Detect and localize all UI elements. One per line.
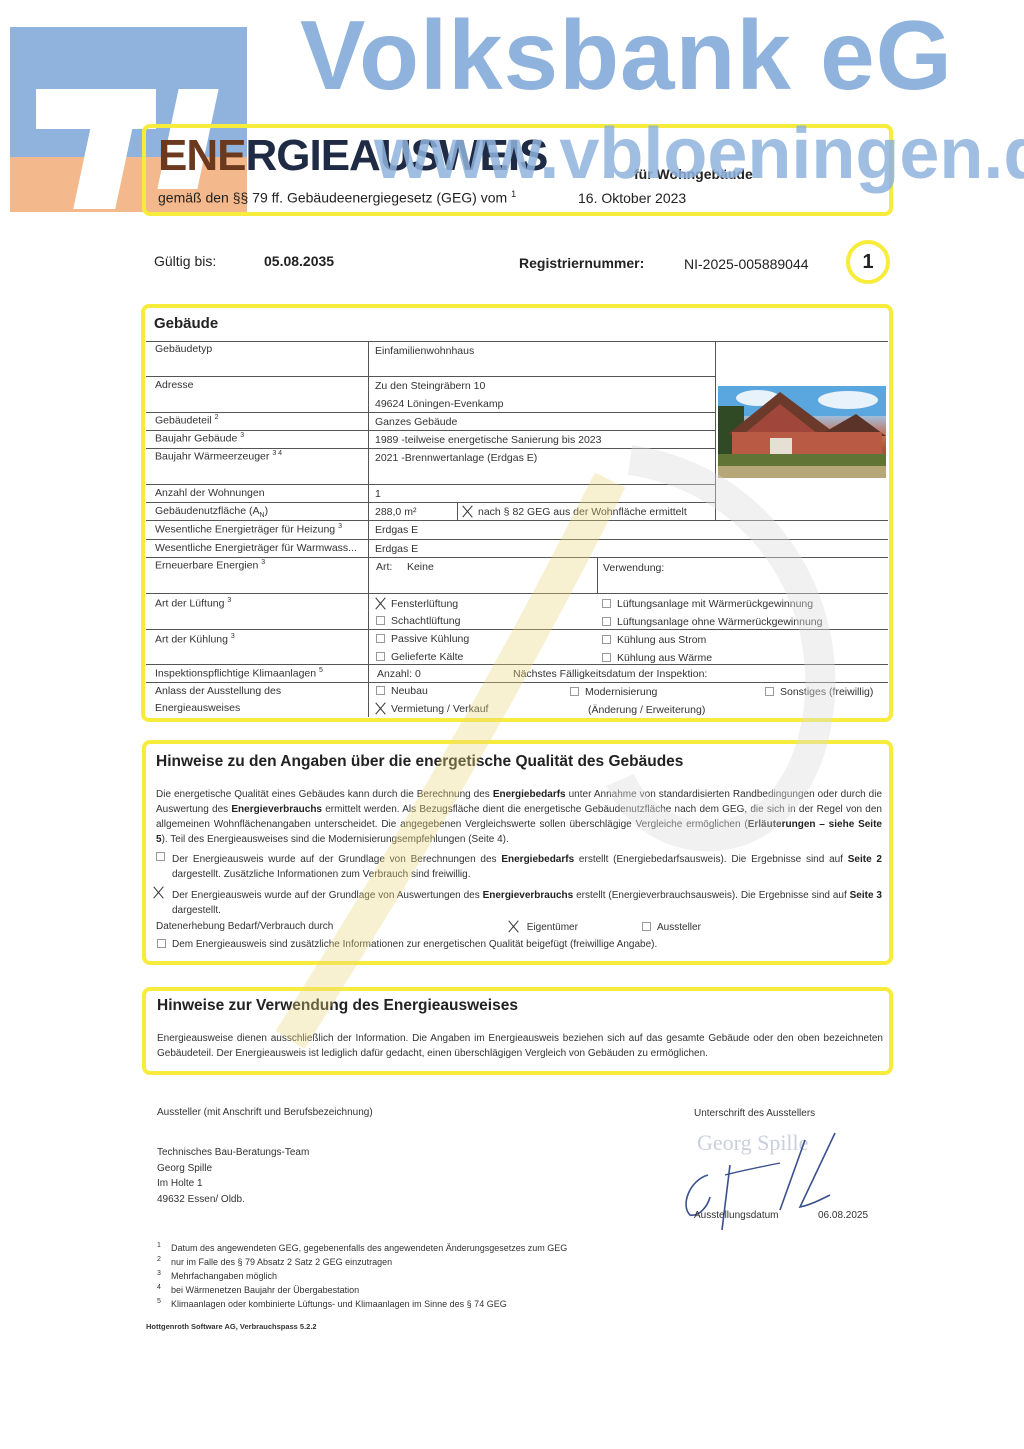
label-gebaeudetyp: Gebäudetyp: [155, 343, 212, 355]
value-nutzflaeche: 288,0 m²: [375, 506, 416, 518]
watermark-brand: Volksbank eG: [300, 6, 953, 104]
checkbox-empty-icon: [602, 635, 611, 644]
checkbox-checked-icon: [461, 505, 474, 518]
label-warmwasser: Wesentliche Energieträger für Warmwass..…: [155, 542, 357, 554]
registration-label: Registriernummer:: [519, 255, 644, 271]
registration-number: NI-2025-005889044: [684, 256, 809, 272]
footnote: 4bei Wärmenetzen Baujahr der Übergabesta…: [157, 1282, 567, 1296]
aussteller-option[interactable]: Aussteller: [642, 922, 701, 933]
label-nutzflaeche: Gebäudenutzfläche (AN): [155, 505, 268, 519]
software-credit: Hottgenroth Software AG, Verbrauchspass …: [146, 1322, 317, 1331]
value-adresse-line1: Zu den Steingräbern 10: [375, 380, 485, 392]
checkbox-checked-icon: [374, 702, 387, 715]
footnote: 3Mehrfachangaben möglich: [157, 1268, 567, 1282]
footnote: 1Datum des angewendeten GEG, gegebenenfa…: [157, 1240, 567, 1254]
label-lueftung: Art der Lüftung 3: [155, 597, 231, 610]
kuehlung-option[interactable]: Kühlung aus Strom: [602, 634, 706, 646]
anlass-option[interactable]: Vermietung / Verkauf: [374, 702, 488, 715]
valid-until-label: Gültig bis:: [154, 253, 216, 269]
kuehlung-option[interactable]: Kühlung aus Wärme: [602, 652, 712, 664]
hinweise-title: Hinweise zu den Angaben über die energet…: [156, 753, 683, 771]
label-gebaeudeteil: Gebäudeteil 2: [155, 414, 218, 427]
checkbox-empty-icon: [156, 852, 165, 861]
bedarf-text: Der Energieausweis wurde auf der Grundla…: [172, 852, 882, 882]
checkbox-empty-icon: [376, 616, 385, 625]
erneuerbar-art: Art: Keine: [376, 561, 434, 573]
value-warmwasser: Erdgas E: [375, 543, 418, 555]
nutzflaeche-option[interactable]: nach § 82 GEG aus der Wohnfläche ermitte…: [461, 505, 687, 518]
label-heizung: Wesentliche Energieträger für Heizung 3: [155, 523, 342, 536]
footnote: 5Klimaanlagen oder kombinierte Lüftungs-…: [157, 1296, 567, 1310]
lueftung-option[interactable]: Lüftungsanlage mit Wärmerückgewinnung: [602, 598, 813, 610]
label-erneuerbar: Erneuerbare Energien 3: [155, 559, 265, 572]
checkbox-empty-icon: [157, 939, 166, 948]
checkbox-empty-icon: [642, 922, 651, 931]
verbrauch-checkbox[interactable]: [152, 886, 169, 899]
footnotes: 1Datum des angewendeten GEG, gegebenenfa…: [157, 1240, 567, 1310]
klima-anzahl: Anzahl: 0: [377, 668, 421, 680]
value-heizung: Erdgas E: [375, 524, 418, 536]
erneuerbar-verwendung: Verwendung:: [603, 562, 664, 574]
issue-date-label: Ausstellungsdatum: [694, 1210, 779, 1221]
verwendung-title: Hinweise zur Verwendung des Energieauswe…: [157, 997, 518, 1015]
label-wohnungen: Anzahl der Wohnungen: [155, 487, 265, 499]
value-adresse-line2: 49624 Löningen-Evenkamp: [375, 398, 503, 410]
bedarf-checkbox[interactable]: [156, 852, 171, 863]
value-gebaeudeteil: Ganzes Gebäude: [375, 416, 457, 428]
datenerhebung-label: Datenerhebung Bedarf/Verbrauch durch: [156, 921, 333, 932]
modernisierung-sub: (Änderung / Erweiterung): [588, 704, 705, 716]
eigentuemer-option[interactable]: Eigentümer: [507, 920, 578, 933]
footnote: 2nur im Falle des § 79 Absatz 2 Satz 2 G…: [157, 1254, 567, 1268]
issuer-address: Technisches Bau-Beratungs-Team Georg Spi…: [157, 1145, 309, 1207]
checkbox-empty-icon: [570, 687, 579, 696]
gebaeude-title: Gebäude: [154, 315, 218, 332]
issuer-label: Aussteller (mit Anschrift und Berufsbeze…: [157, 1107, 373, 1118]
issue-date-value: 06.08.2025: [818, 1210, 868, 1221]
value-waermeerzeuger: 2021 -Brennwertanlage (Erdgas E): [375, 452, 537, 464]
label-anlass-1: Anlass der Ausstellung des: [155, 685, 281, 697]
valid-until-value: 05.08.2035: [264, 253, 334, 269]
label-waermeerzeuger: Baujahr Wärmeerzeuger 3 4: [155, 450, 282, 463]
checkbox-empty-icon: [602, 599, 611, 608]
label-baujahr: Baujahr Gebäude 3: [155, 432, 244, 445]
anlass-option[interactable]: Neubau: [376, 685, 428, 697]
checkbox-empty-icon: [376, 686, 385, 695]
checkbox-checked-icon: [152, 886, 165, 899]
checkbox-empty-icon: [602, 653, 611, 662]
klima-faellig: Nächstes Fälligkeitsdatum der Inspektion…: [513, 668, 707, 680]
label-kuehlung: Art der Kühlung 3: [155, 633, 235, 646]
lueftung-option[interactable]: Fensterlüftung: [374, 597, 458, 610]
lueftung-option[interactable]: Lüftungsanlage ohne Wärmerückgewinnung: [602, 616, 822, 628]
page-number-badge: 1: [846, 240, 890, 284]
checkbox-checked-icon: [374, 597, 387, 610]
watermark-url: www.vbloeningen.de: [374, 118, 1024, 190]
hinweise-intro: Die energetische Qualität eines Gebäudes…: [156, 787, 882, 847]
kuehlung-option[interactable]: Passive Kühlung: [376, 633, 469, 645]
lueftung-option[interactable]: Schachtlüftung: [376, 615, 460, 627]
value-gebaeudetyp: Einfamilienwohnhaus: [375, 345, 474, 357]
checkbox-empty-icon: [602, 617, 611, 626]
zusatz-option[interactable]: Dem Energieausweis sind zusätzliche Info…: [157, 939, 657, 950]
label-anlass-2: Energieausweises: [155, 702, 240, 714]
checkbox-empty-icon: [376, 634, 385, 643]
label-adresse: Adresse: [155, 379, 194, 391]
label-klima: Inspektionspflichtige Klimaanlagen 5: [155, 667, 323, 680]
value-baujahr: 1989 -teilweise energetische Sanierung b…: [375, 434, 601, 446]
verbrauch-text: Der Energieausweis wurde auf der Grundla…: [172, 888, 882, 918]
verwendung-text: Energieausweise dienen ausschließlich de…: [157, 1031, 883, 1061]
building-photo: [718, 386, 886, 478]
checkbox-checked-icon: [507, 920, 520, 933]
kuehlung-option[interactable]: Gelieferte Kälte: [376, 651, 463, 663]
anlass-option[interactable]: Sonstiges (freiwillig): [765, 686, 873, 698]
checkbox-empty-icon: [376, 652, 385, 661]
checkbox-empty-icon: [765, 687, 774, 696]
value-wohnungen: 1: [375, 488, 381, 500]
anlass-option[interactable]: Modernisierung: [570, 686, 657, 698]
